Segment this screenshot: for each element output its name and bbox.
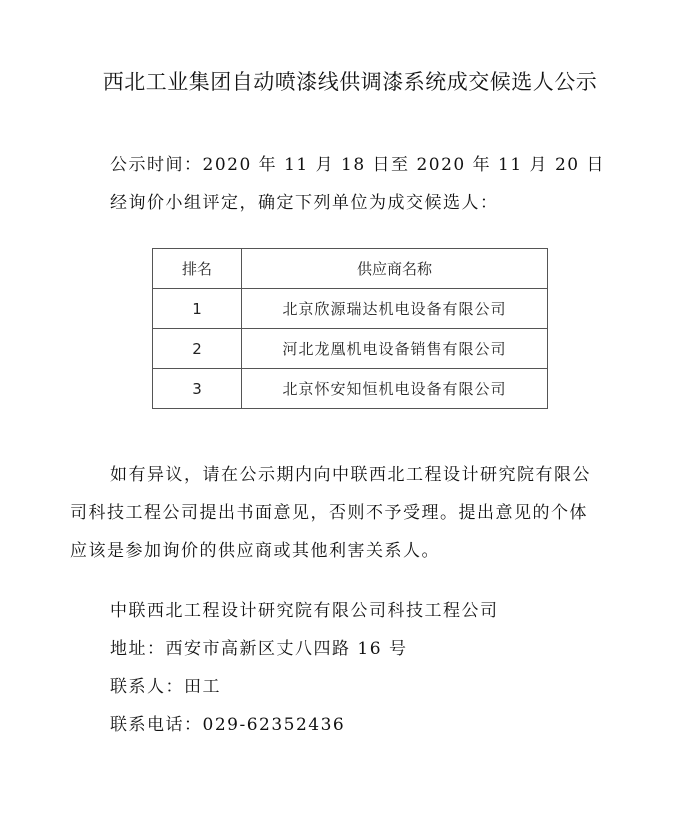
supplier-name-cell: 北京欣源瑞达机电设备有限公司	[242, 289, 548, 329]
objection-line: 应该是参加询价的供应商或其他利害关系人。	[70, 532, 640, 570]
objection-line: 司科技工程公司提出书面意见，否则不予受理。提出意见的个体	[70, 494, 640, 532]
objection-paragraph: 如有异议，请在公示期内向中联西北工程设计研究院有限公 司科技工程公司提出书面意见…	[70, 456, 640, 570]
table-header-row: 排名 供应商名称	[153, 249, 548, 289]
signature-company: 中联西北工程设计研究院有限公司科技工程公司	[110, 596, 499, 621]
table-row: 3 北京怀安知恒机电设备有限公司	[153, 369, 548, 409]
rank-cell: 2	[153, 329, 242, 369]
signature-address: 地址：西安市高新区丈八四路 16 号	[110, 634, 407, 659]
signature-phone: 联系电话：029-62352436	[110, 710, 345, 735]
rank-cell: 3	[153, 369, 242, 409]
candidates-table: 排名 供应商名称 1 北京欣源瑞达机电设备有限公司 2 河北龙凰机电设备销售有限…	[152, 248, 548, 409]
document-title: 西北工业集团自动喷漆线供调漆系统成交候选人公示	[0, 66, 700, 96]
supplier-name-cell: 北京怀安知恒机电设备有限公司	[242, 369, 548, 409]
notice-period: 公示时间：2020 年 11 月 18 日至 2020 年 11 月 20 日	[110, 150, 605, 175]
table-row: 2 河北龙凰机电设备销售有限公司	[153, 329, 548, 369]
header-supplier-name: 供应商名称	[242, 249, 548, 289]
signature-contact-person: 联系人：田工	[110, 672, 221, 697]
supplier-name-cell: 河北龙凰机电设备销售有限公司	[242, 329, 548, 369]
intro-text: 经询价小组评定，确定下列单位为成交候选人：	[110, 188, 499, 213]
rank-cell: 1	[153, 289, 242, 329]
header-rank: 排名	[153, 249, 242, 289]
table-row: 1 北京欣源瑞达机电设备有限公司	[153, 289, 548, 329]
objection-line: 如有异议，请在公示期内向中联西北工程设计研究院有限公	[70, 456, 640, 494]
